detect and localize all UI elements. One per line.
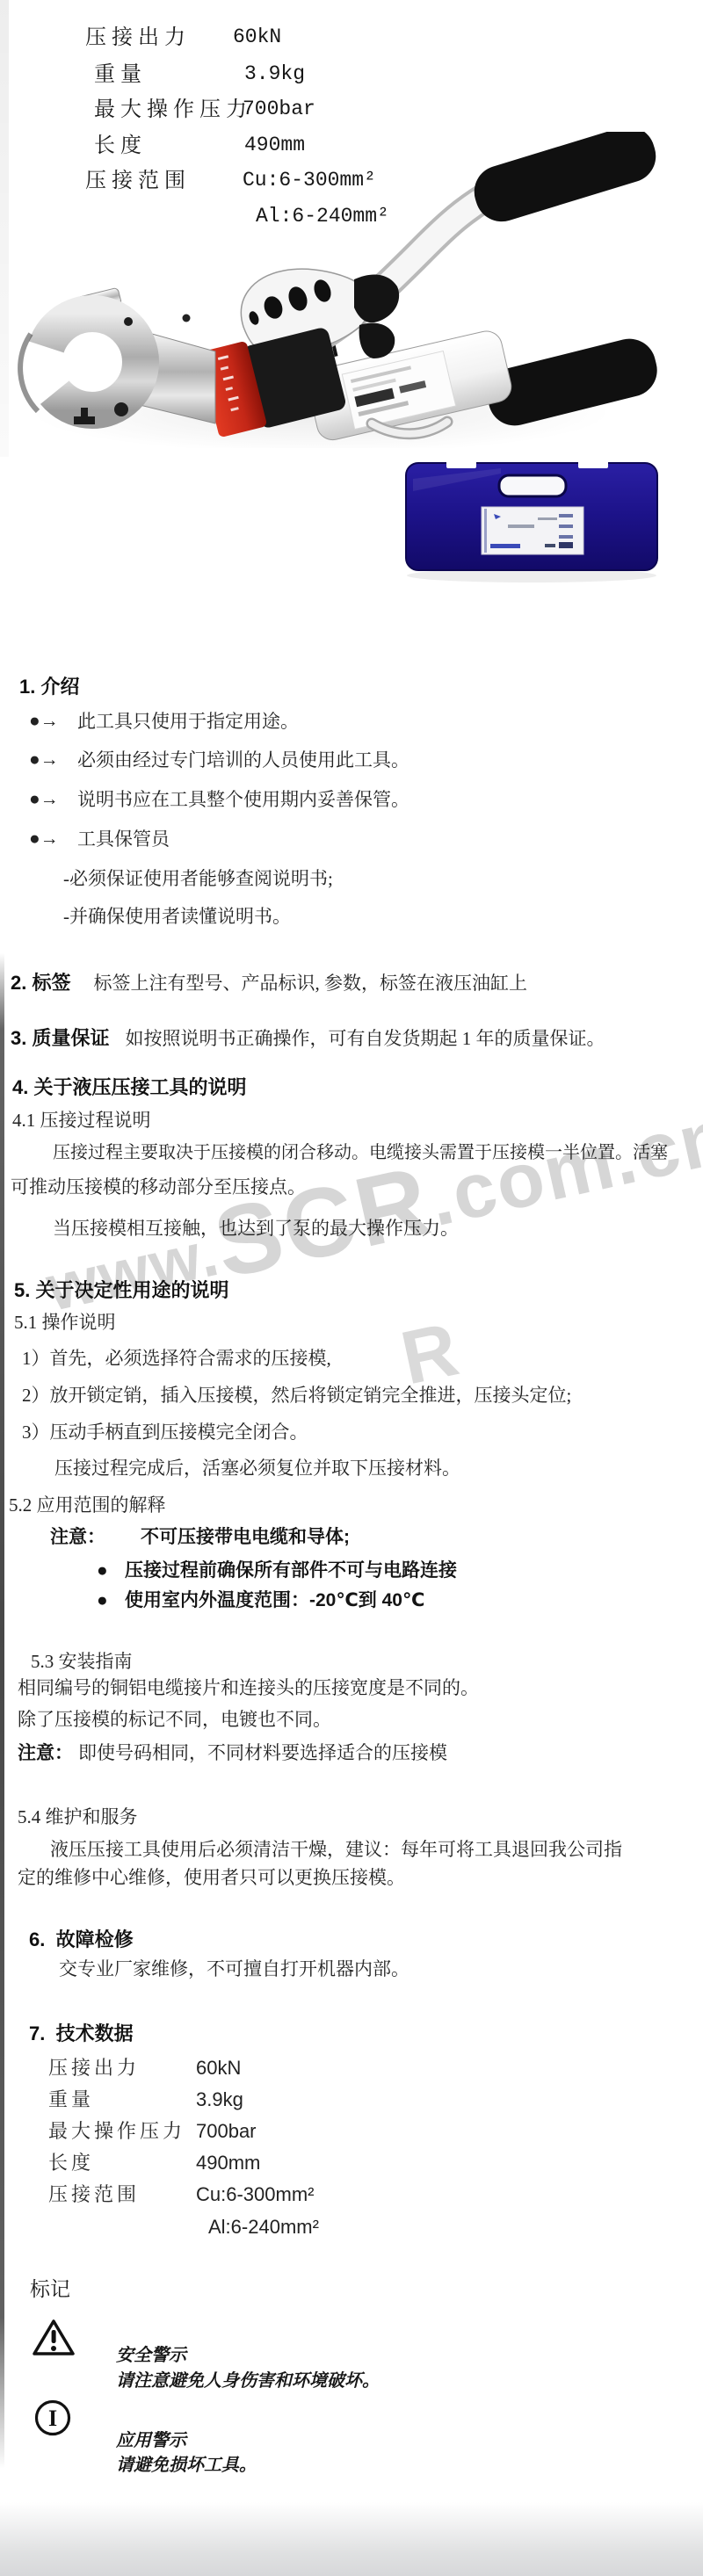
spec-value: Al:6-240mm²: [256, 204, 389, 229]
section5-sub1: 5.1 操作说明: [14, 1311, 116, 1334]
section3-title: 3. 质量保证: [11, 1027, 109, 1049]
dot-arrow-icon: ●→: [29, 787, 59, 810]
warning-triangle-icon: [32, 2318, 76, 2358]
step-item: 1）首先，必须选择符合需求的压接模,: [22, 1347, 331, 1370]
notice-text: 不可压接带电电缆和导体;: [141, 1527, 350, 1547]
tool-neck-pin: [183, 315, 191, 322]
spec-label: 重量: [94, 62, 147, 88]
section4-sub: 4.1 压接过程说明: [12, 1109, 151, 1132]
watermark-suffix: .com.cn: [421, 1091, 703, 1242]
tech-label: 长度: [48, 2151, 94, 2175]
section4-p1: 压接过程主要取决于压接模的闭合移动。电缆接头需置于压接模一半位置。活塞: [53, 1142, 668, 1164]
tech-label: 重量: [48, 2088, 94, 2112]
notice-bullet: 压接过程前确保所有部件不可与电路连接: [125, 1559, 457, 1582]
section6-title: 6. 故障检修: [29, 1928, 134, 1952]
section5-sub4: 5.4 维护和服务: [18, 1805, 138, 1828]
tech-value: Al:6-240mm²: [208, 2215, 319, 2240]
intro-item: 必须由经过专门培训的人员使用此工具。: [77, 749, 409, 771]
step-item: 3）压动手柄直到压接模完全闭合。: [22, 1421, 308, 1444]
dot-arrow-icon: ●→: [29, 748, 59, 771]
case-handle-cutout: [499, 475, 566, 496]
note2-line: 注意：即使号码相同，不同材料要选择适合的压接模: [18, 1741, 447, 1765]
section6-text: 交专业厂家维修，不可擅自打开机器内部。: [59, 1957, 409, 1980]
case-notch-right: [578, 459, 608, 468]
tech-value: 3.9kg: [196, 2088, 243, 2112]
step-note: 压接过程完成后，活塞必须复位并取下压接材料。: [54, 1457, 460, 1480]
manual-page: www.SCR.com.cn R 压接出力 60kN 重量 3.9kg 最大操作…: [0, 0, 703, 2576]
tech-value: 60kN: [196, 2056, 241, 2080]
section4-p3: 当压接模相互接触，也达到了泵的最大操作压力。: [53, 1217, 459, 1240]
tech-value: 700bar: [196, 2119, 257, 2144]
spec-value: 60kN: [233, 25, 281, 50]
bullet-dot-icon: ●: [97, 1559, 108, 1582]
section5-p532: 除了压接模的标记不同，电镀也不同。: [18, 1708, 331, 1731]
section5-sub2: 5.2 应用范围的解释: [9, 1494, 166, 1516]
marks-title: 标记: [30, 2276, 70, 2302]
section2-text: 标签上注有型号、产品标识, 参数，标签在液压油缸上: [93, 973, 527, 994]
case-notch-left: [446, 459, 476, 468]
usage-warning-text: 请避免损坏工具。: [116, 2455, 257, 2477]
bullet-dot-icon: ●: [97, 1589, 108, 1612]
scan-footer-shadow: [0, 2502, 703, 2576]
dot-arrow-icon: ●→: [29, 709, 59, 732]
tool-pivot-wing-upper: [354, 274, 399, 322]
section2-line: 2. 标签标签上注有型号、产品标识, 参数，标签在液压油缸上: [11, 971, 527, 995]
safety-text: 请注意避免人身伤害和环境破坏。: [116, 2370, 380, 2392]
tool-upper-grip: [467, 132, 662, 228]
usage-warning-title: 应用警示: [116, 2430, 186, 2452]
section3-text: 如按照说明书正确操作，可有自发货期起 1 年的质量保证。: [125, 1028, 605, 1049]
section3-line: 3. 质量保证如按照说明书正确操作，可有自发货期起 1 年的质量保证。: [11, 1026, 605, 1051]
spec-label: 长度: [94, 133, 147, 159]
intro-item: 此工具只使用于指定用途。: [77, 710, 299, 733]
scan-edge-dark: [0, 953, 4, 2469]
section4-p2: 可推动压接模的移动部分至压接点。: [11, 1176, 306, 1198]
section1-title: 1. 介绍: [19, 675, 79, 699]
tool-case-photo: [395, 452, 668, 584]
tech-value: Cu:6-300mm²: [196, 2182, 314, 2207]
tech-label: 压接出力: [48, 2056, 140, 2080]
section4-title: 4. 关于液压压接工具的说明: [12, 1075, 246, 1100]
tech-label: 压接范围: [48, 2182, 140, 2207]
spec-value: 700bar: [243, 97, 315, 122]
notice-line: 注意：不可压接带电电缆和导体;: [50, 1526, 350, 1549]
note2-label: 注意：: [18, 1743, 73, 1763]
info-glyph: I: [48, 2406, 57, 2431]
tool-crimp-head: [6, 287, 141, 426]
scan-edge-light: [0, 0, 9, 457]
spec-value: Cu:6-300mm²: [243, 168, 376, 193]
intro-subitem: -必须保证使用者能够查阅说明书;: [63, 867, 333, 890]
spec-value: 490mm: [244, 133, 305, 158]
section2-title: 2. 标签: [11, 972, 70, 994]
info-circle-icon: I: [33, 2399, 72, 2437]
spec-label: 最大操作压力: [94, 97, 252, 123]
safety-title: 安全警示: [116, 2345, 186, 2367]
intro-subitem: -并确保使用者读懂说明书。: [63, 905, 291, 928]
notice-label: 注意：: [50, 1527, 105, 1547]
tech-label: 最大操作压力: [48, 2119, 185, 2144]
case-label: [482, 507, 583, 554]
section7-title: 7. 技术数据: [29, 2022, 134, 2046]
intro-item: 说明书应在工具整个使用期内妥善保管。: [77, 788, 409, 811]
note2-text: 即使号码相同，不同材料要选择适合的压接模: [78, 1742, 447, 1763]
notice-bullet: 使用室内外温度范围：-20℃到 40℃: [125, 1589, 424, 1612]
spec-label: 压接范围: [85, 168, 191, 194]
section5-title: 5. 关于决定性用途的说明: [14, 1278, 228, 1303]
intro-item: 工具保管员: [77, 828, 170, 850]
section5-p542: 定的维修中心维修，使用者只可以更换压接模。: [18, 1866, 405, 1889]
spec-value: 3.9kg: [244, 62, 305, 87]
section5-sub3: 5.3 安装指南: [31, 1650, 133, 1673]
section5-p541: 液压压接工具使用后必须清洁干燥，建议：每年可将工具退回我公司指: [50, 1838, 622, 1861]
step-item: 2）放开锁定销，插入压接模，然后将锁定销完全推进，压接头定位;: [22, 1384, 571, 1407]
dot-arrow-icon: ●→: [29, 827, 59, 850]
section5-p531: 相同编号的铜铝电缆接片和连接头的压接宽度是不同的。: [18, 1676, 479, 1699]
tech-value: 490mm: [196, 2151, 260, 2175]
spec-label: 压接出力: [85, 25, 191, 51]
